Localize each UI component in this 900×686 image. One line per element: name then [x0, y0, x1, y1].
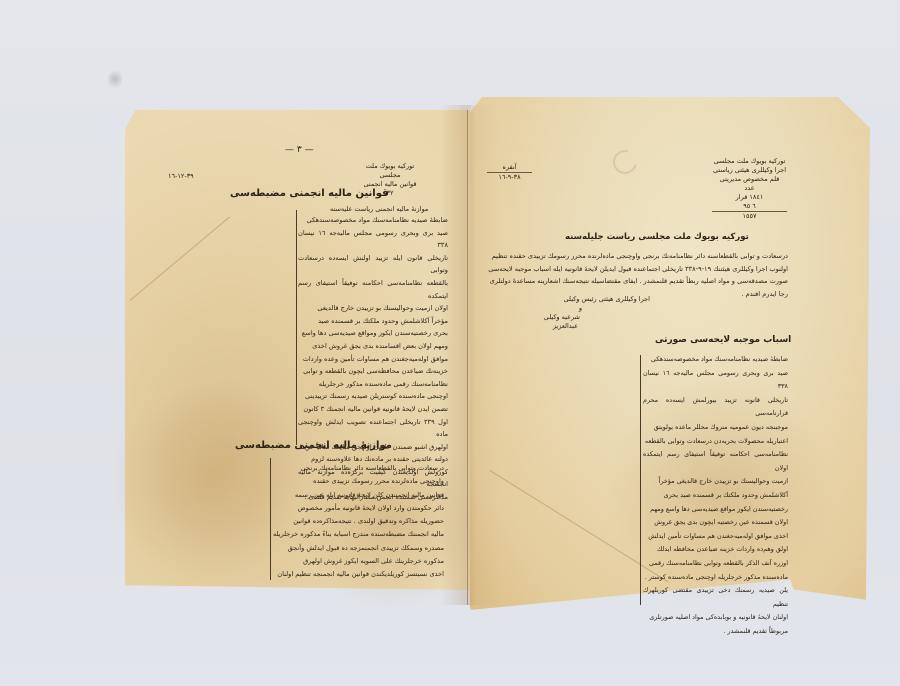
left-header-line: توركيه بويوك ملت مجلسى: [355, 162, 425, 180]
text-line: تضمن ايدن لايحهٔ قانونيه قوانين ماليه ان…: [298, 403, 448, 416]
text-line: مصدره وسمكك تزييدى انجمنمزجه ده قبول ايد…: [272, 542, 444, 555]
text-line: اعتباريله محصولات بحريه‌دن درسعادت وتواب…: [643, 435, 788, 449]
right-header-line: عدد: [712, 184, 787, 193]
text-line: ومهم اولان بعض اقسامنده بدى يجق غروش اخذ…: [298, 340, 448, 353]
paper-crease: [467, 110, 468, 605]
text-line: بحرى رخصتيه‌سندن ايكوز ومواقع صيديه‌سى د…: [298, 327, 448, 340]
text-line: تاريخلى قانونه تزييد بيورلمش ايسه‌ده محر…: [643, 394, 788, 421]
signature-line: اجرا وكيللرى هيئتى رئيس وكيلى: [510, 295, 660, 304]
text-line: اولان قسمنده عين رخصتيه ايچون بدى يجق غر…: [643, 516, 788, 530]
text-line: اولنان لايحهٔ قانونيه و بوبابده‌كى مواد …: [643, 611, 788, 625]
text-line: ازميت وحواليسنك بو تزييدن خارج قالديغى م…: [643, 475, 788, 489]
right-header: توركيه بويوك ملت مجلسى اجرا وكيللرى هيئت…: [712, 157, 787, 221]
text-line: ماده‌سنده مذكور خرجلريله اوچنجى ماده‌سند…: [643, 571, 788, 585]
text-line: دائر حكومتدن وارد اولان لايحهٔ قانونيه م…: [272, 502, 444, 515]
text-line: اوچنجى ماده‌سنده كوستريلن صيديه رسمنك تز…: [298, 390, 448, 403]
date-value: ٣٨-٩-١٦: [487, 172, 532, 182]
text-line: مذكوره خرجلرينك على السويه ايكوز غروش او…: [272, 555, 444, 568]
text-line: درسعادت و توابى بالقطعاسنه دائر نظامنامه…: [488, 250, 788, 263]
text-line: رخصتيه‌سندن ايكوز مواقع صيديه‌سى دها واس…: [643, 503, 788, 517]
left-margin-rule: [296, 210, 297, 445]
right-date-block: آنقره ٣٨-٩-١٦: [487, 163, 532, 182]
text-line: اولق وهم‌ده واردات خزينه ضياعدن محافظه ا…: [643, 543, 788, 557]
text-line: صورت مصدقه‌سى و مواد اصليه ربطاً تقديم ق…: [488, 275, 788, 288]
right-header-line: قلم مخصوص مديريتى: [712, 175, 787, 184]
left-date-ref: ٣٩-١٢-١٦: [168, 172, 194, 181]
text-line: اول ٣٣٩ تاريخلى اجتماعنده تصويب ايدلش وا…: [298, 416, 448, 441]
text-line: نظامنامه‌سى احكامنه توفيقاً استيفاى رسم …: [643, 448, 788, 475]
text-line: اوزره آنف الذكر بالقطعه وتوابى نظامنامه‌…: [643, 557, 788, 571]
signature-line: عبدالعزيز: [510, 322, 660, 331]
text-line: صيد برى وبحرى رسومى مجلس ماليه‌جه ١٦ نيس…: [298, 227, 448, 252]
text-line: اولنوب اجرا وكيللرى هيئتنك ١٩-٩-٣٣٨ تاري…: [488, 263, 788, 276]
text-line: حضوريله مذاكره وتدقيق اولندى . نتيجه‌مذا…: [272, 515, 444, 528]
right-header-line: توركيه بويوك ملت مجلسى: [712, 157, 787, 166]
text-line: ضابطهٔ صيديه نظامنامه‌سنك مواد مخصوصه‌سن…: [298, 214, 448, 227]
text-line: ضابطهٔ صيديه نظامنامه‌سنك مواد مخصوصه‌سن…: [643, 353, 788, 367]
right-header-line: ٦ ٩٥: [712, 202, 787, 211]
left-section2-body: درسعادت وتوابى بالقطعاسنه دائر نظامنامه‌…: [272, 462, 444, 582]
right-section-body: ضابطهٔ صيديه نظامنامه‌سنك مواد مخصوصه‌سن…: [643, 353, 788, 638]
text-line: تاريخلى قانون ايله تزييد اولنش ايسه‌ده د…: [298, 252, 448, 277]
signature-line: شرعيه وكيلى: [510, 313, 660, 322]
text-line: موجبنجه ديون عموميه متروك محللر ماعده يو…: [643, 421, 788, 435]
text-line: قوانين ماليه انجمنندن كلن لايحهٔ قانونيه…: [272, 489, 444, 502]
text-line: اولان ازميت وحواليسنك بو تزييدن خارج قال…: [298, 302, 448, 315]
text-line: ماليه انجمننك مضبطه‌سنده مندرج اسبابه بن…: [272, 528, 444, 541]
text-line: واوچنجى ماده‌لرنده محرر رسومك تزييدى حقن…: [272, 475, 444, 488]
text-line: مؤخراً آكلاشلمش وحدود ملكتك بر قسمنده صي…: [298, 315, 448, 328]
text-line: موافق اوله‌ميه‌جغندن هم مساوات تأمين وعد…: [298, 353, 448, 366]
right-letter-title: توركيه بويوك ملت مجلسى رياست جليله‌سنه: [565, 232, 749, 242]
text-line: درسعادت وتوابى بالقطعاسنه دائر نظامنامه‌…: [272, 462, 444, 475]
page-number: — ٣ —: [285, 145, 314, 155]
text-line: صيد برى وبحرى رسومى مجلس ماليه‌جه ١٦ نيس…: [643, 367, 788, 394]
place-label: آنقره: [487, 163, 532, 172]
text-line: خزينه‌نك ضياعدن محافظه‌سى ايچون بالقطعه …: [298, 365, 448, 378]
text-line: يلن صيديه رسمنك دخى تزييدى مقتضى كوريلهر…: [643, 584, 788, 611]
dust-mark: [108, 68, 122, 90]
text-line: اخذى موافق اوله‌ميه‌جغندن هم مساوات تأمي…: [643, 530, 788, 544]
left-section2-title: موازنهٔ ماليه انجمنى مضبطه‌سى: [235, 440, 392, 451]
right-header-line: ١٥٥٧: [712, 211, 787, 221]
right-header-line: اجرا وكيللرى هيئتى رياستى: [712, 166, 787, 175]
signature-block: اجرا وكيللرى هيئتى رئيس وكيلى و شرعيه وك…: [510, 295, 660, 331]
left-section1-body: ضابطهٔ صيديه نظامنامه‌سنك مواد مخصوصه‌سن…: [298, 214, 448, 504]
signature-line: و: [510, 304, 660, 313]
text-line: بالقطعه نظامنامه‌سى احكامنه توفيقاً استي…: [298, 277, 448, 302]
right-section-title: اسباب موجبه لايحه‌سى صورتى: [655, 335, 791, 345]
right-letter-body: درسعادت و توابى بالقطعاسنه دائر نظامنامه…: [488, 250, 788, 300]
text-line: اخذى نسبتسز كوريلديكندن قوانين ماليه انج…: [272, 568, 444, 581]
text-line: مربوطاً تقديم قلنمشدر .: [643, 625, 788, 639]
right-header-line: ١٨٤١ قرار: [712, 193, 787, 202]
left-section1-title: قوانين ماليه انجمنى مضبطه‌سى: [230, 188, 389, 199]
text-line: نظامنامه‌سنك رقمى ماده‌سنده مذكور خرجلري…: [298, 378, 448, 391]
left-margin-rule-2: [270, 458, 271, 580]
text-line: آكلاشلمش وحدود ملكتك بر قسمنده صيد بحرى: [643, 489, 788, 503]
left-section1-addressee: موازنهٔ ماليه انجمنى رياست عليه‌سنه: [330, 205, 428, 214]
right-margin-rule: [640, 355, 641, 605]
